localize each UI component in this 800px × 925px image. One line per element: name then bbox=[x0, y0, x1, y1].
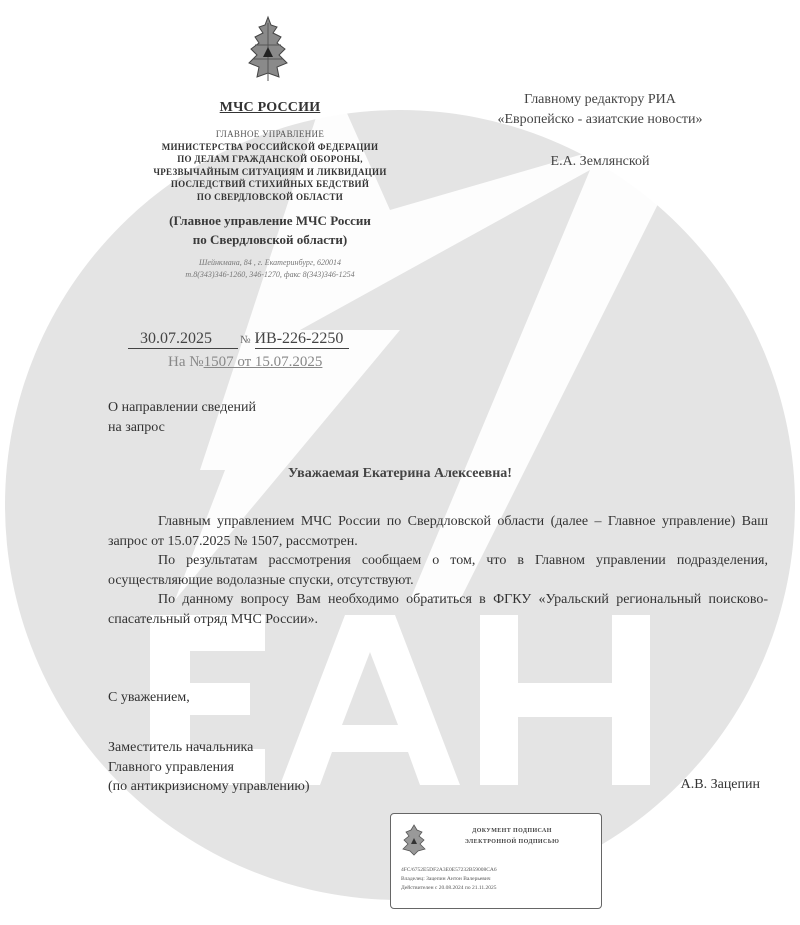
body-paragraph: По данному вопросу Вам необходимо обрати… bbox=[108, 590, 768, 629]
number-label: № bbox=[240, 334, 251, 346]
body-paragraph: По результатам рассмотрения сообщаем о т… bbox=[108, 551, 768, 590]
letter-body: Главным управлением МЧС России по Свердл… bbox=[108, 512, 768, 629]
org-short-line: по Свердловской области) bbox=[110, 230, 430, 249]
org-short-line: (Главное управление МЧС России bbox=[110, 211, 430, 230]
subject: О направлении сведений на запрос bbox=[108, 398, 256, 438]
letterhead: МЧС РОССИИ ГЛАВНОЕ УПРАВЛЕНИЕ МИНИСТЕРСТ… bbox=[110, 100, 430, 281]
certificate-validity: Действителен с 20.08.2024 по 21.11.2025 bbox=[401, 884, 497, 893]
reply-ref: 1507 от 15.07.2025 bbox=[204, 354, 323, 370]
closing: С уважением, bbox=[108, 690, 190, 706]
org-brand: МЧС РОССИИ bbox=[110, 100, 430, 116]
org-line: ПОСЛЕДСТВИЙ СТИХИЙНЫХ БЕДСТВИЙ bbox=[110, 178, 430, 191]
subject-line: О направлении сведений bbox=[108, 398, 256, 418]
addressee: Главному редактору РИА «Европейско - ази… bbox=[445, 90, 755, 172]
org-line: ПО СВЕРДЛОВСКОЙ ОБЛАСТИ bbox=[110, 191, 430, 204]
org-short-name: (Главное управление МЧС России по Свердл… bbox=[110, 211, 430, 249]
position-line: Главного управления bbox=[108, 758, 310, 778]
signatory-name: А.В. Зацепин bbox=[681, 777, 760, 793]
signatory-position: Заместитель начальника Главного управлен… bbox=[108, 738, 310, 797]
org-address: Шейнкмана, 84 , г. Екатеринбург, 620014 … bbox=[110, 257, 430, 281]
e-signature-title-line: ДОКУМЕНТ ПОДПИСАН bbox=[437, 826, 587, 837]
mchs-emblem-icon bbox=[401, 824, 427, 856]
registration-line: 30.07.2025№ИВ-226-2250 bbox=[128, 330, 349, 349]
official-letter: МЧС РОССИИ ГЛАВНОЕ УПРАВЛЕНИЕ МИНИСТЕРСТ… bbox=[0, 0, 800, 925]
org-line: МИНИСТЕРСТВА РОССИЙСКОЙ ФЕДЕРАЦИИ bbox=[110, 141, 430, 154]
outgoing-date: 30.07.2025 bbox=[128, 330, 238, 349]
address-line: Шейнкмана, 84 , г. Екатеринбург, 620014 bbox=[110, 257, 430, 269]
org-line: ЧРЕЗВЫЧАЙНЫМ СИТУАЦИЯМ И ЛИКВИДАЦИИ bbox=[110, 166, 430, 179]
greeting: Уважаемая Екатерина Алексеевна! bbox=[0, 466, 800, 482]
addressee-line: Главному редактору РИА bbox=[445, 90, 755, 110]
certificate-id: 4FC/6752E5DF2A3E0E57232B59008CA6 bbox=[401, 866, 497, 875]
org-line: ПО ДЕЛАМ ГРАЖДАНСКОЙ ОБОРОНЫ, bbox=[110, 153, 430, 166]
org-full-name: ГЛАВНОЕ УПРАВЛЕНИЕ МИНИСТЕРСТВА РОССИЙСК… bbox=[110, 128, 430, 203]
certificate-owner: Владелец: Зацепин Антон Валерьевич bbox=[401, 875, 497, 884]
addressee-line: «Европейско - азиатские новости» bbox=[445, 110, 755, 130]
e-signature-stamp: ДОКУМЕНТ ПОДПИСАН ЭЛЕКТРОННОЙ ПОДПИСЬЮ 4… bbox=[390, 813, 602, 909]
subject-line: на запрос bbox=[108, 418, 256, 438]
body-paragraph: Главным управлением МЧС России по Свердл… bbox=[108, 512, 768, 551]
e-signature-title: ДОКУМЕНТ ПОДПИСАН ЭЛЕКТРОННОЙ ПОДПИСЬЮ bbox=[437, 826, 587, 848]
phone-line: т.8(343)346-1260, 346-1270, факс 8(343)3… bbox=[110, 269, 430, 281]
e-signature-title-line: ЭЛЕКТРОННОЙ ПОДПИСЬЮ bbox=[437, 837, 587, 848]
e-signature-details: 4FC/6752E5DF2A3E0E57232B59008CA6 Владеле… bbox=[401, 866, 497, 893]
position-line: (по антикризисному управлению) bbox=[108, 777, 310, 797]
outgoing-number: ИВ-226-2250 bbox=[255, 330, 350, 349]
mchs-emblem-icon bbox=[243, 15, 293, 87]
reply-prefix: На № bbox=[168, 354, 204, 370]
org-line: ГЛАВНОЕ УПРАВЛЕНИЕ bbox=[110, 128, 430, 141]
position-line: Заместитель начальника bbox=[108, 738, 310, 758]
reply-reference: На №1507 от 15.07.2025 bbox=[168, 354, 322, 371]
addressee-name: Е.А. Землянской bbox=[445, 152, 755, 172]
